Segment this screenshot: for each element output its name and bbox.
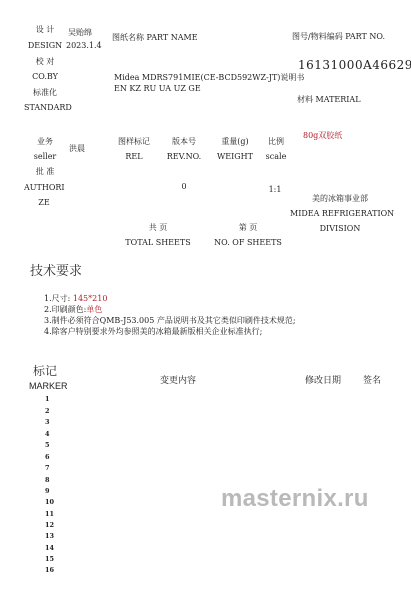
requirement-1-prefix: 1.尺寸: bbox=[44, 294, 73, 303]
sheet-no-en: NO. OF SHEETS bbox=[212, 238, 284, 248]
division-en-2: DIVISION bbox=[290, 224, 390, 234]
design-label-en: DESIGN bbox=[26, 41, 64, 51]
sheet-no-cn: 第 页 bbox=[218, 223, 278, 233]
check-label-cn: 校 对 bbox=[30, 57, 60, 67]
requirement-4: 4.除客户特别要求外均参照美的冰箱最新版相关企业标准执行; bbox=[44, 327, 262, 337]
material-label: 材料 MATERIAL bbox=[297, 95, 361, 105]
design-label-cn: 设 计 bbox=[30, 25, 60, 35]
marker-row-3: 3 bbox=[45, 418, 50, 426]
division-en-1: MIDEA REFRIGERATION bbox=[290, 209, 390, 219]
marker-row-10: 10 bbox=[45, 498, 54, 506]
marker-row-9: 9 bbox=[45, 487, 50, 495]
design-date: 2023.1.4 bbox=[66, 41, 102, 51]
seller-name: 洪晨 bbox=[69, 144, 85, 154]
requirement-3: 3.制件必须符合QMB-J53.005 产品说明书及其它类似印刷件技术规范; bbox=[44, 316, 296, 326]
marker-row-6: 6 bbox=[45, 453, 50, 461]
marker-row-7: 7 bbox=[45, 464, 50, 472]
division-cn: 美的冰箱事业部 bbox=[290, 194, 390, 204]
part-name-label: 图纸名称 PART NAME bbox=[112, 33, 198, 43]
requirement-2: 2.印刷颜色:单色 bbox=[44, 305, 102, 315]
part-no-label: 图号/物料编码 PART NO. bbox=[292, 32, 385, 42]
marker-row-4: 4 bbox=[45, 430, 50, 438]
marker-row-15: 15 bbox=[45, 555, 54, 563]
scale-label-en: scale bbox=[261, 152, 291, 162]
scale-value: 1:1 bbox=[263, 185, 287, 195]
change-content-header: 变更内容 bbox=[160, 376, 196, 386]
material-value: 80g双胶纸 bbox=[303, 131, 342, 141]
requirement-2-value: 单色 bbox=[86, 305, 102, 314]
standard-label-cn: 标准化 bbox=[26, 88, 64, 98]
authorize-label-cn: 批 准 bbox=[30, 167, 60, 177]
signature-header: 签名 bbox=[363, 376, 381, 386]
marker-row-12: 12 bbox=[45, 521, 54, 529]
marker-row-2: 2 bbox=[45, 407, 50, 415]
marker-header-cn: 标记 bbox=[30, 363, 60, 379]
change-date-header: 修改日期 bbox=[305, 376, 341, 386]
weight-label-en: WEIGHT bbox=[212, 152, 258, 162]
marker-row-13: 13 bbox=[45, 532, 54, 540]
part-no-value: 16131000A46629 bbox=[298, 60, 411, 70]
seller-label-cn: 业务 bbox=[30, 137, 60, 147]
part-name-line-2: EN KZ RU UA UZ GE bbox=[114, 84, 201, 94]
marker-row-1: 1 bbox=[45, 395, 50, 403]
requirements-heading: 技术要求 bbox=[30, 264, 82, 280]
seller-label-en: seller bbox=[26, 152, 64, 162]
marker-row-11: 11 bbox=[45, 510, 54, 518]
rel-label-en: REL bbox=[110, 152, 158, 162]
marker-row-8: 8 bbox=[45, 476, 50, 484]
requirement-1: 1.尺寸: 145*210 bbox=[44, 294, 107, 304]
scale-label-cn: 比例 bbox=[261, 137, 291, 147]
designer-name: 吴贻绵 bbox=[68, 28, 92, 38]
total-sheets-en: TOTAL SHEETS bbox=[122, 238, 194, 248]
rev-label-cn: 版本号 bbox=[162, 137, 206, 147]
rev-value: 0 bbox=[172, 182, 196, 192]
rel-label-cn: 图样标记 bbox=[110, 137, 158, 147]
standard-label-en: STANDARD bbox=[24, 103, 66, 113]
marker-row-14: 14 bbox=[45, 544, 54, 552]
requirement-1-value: 145*210 bbox=[73, 294, 108, 303]
check-label-en: CO.BY bbox=[28, 72, 62, 82]
requirement-2-prefix: 2.印刷颜色: bbox=[44, 305, 86, 314]
part-name-line-1: Midea MDRS791MIE(CE-BCD592WZ-JT)说明书 bbox=[114, 73, 304, 83]
marker-header-en: MARKER bbox=[29, 381, 68, 391]
marker-row-16: 16 bbox=[45, 566, 54, 574]
authorize-label-en-1: AUTHORI bbox=[24, 183, 64, 193]
marker-row-5: 5 bbox=[45, 441, 50, 449]
total-sheets-cn: 共 页 bbox=[128, 223, 188, 233]
rev-label-en: REV.NO. bbox=[162, 152, 206, 162]
watermark: masternix.ru bbox=[221, 485, 369, 513]
authorize-label-en-2: ZE bbox=[24, 198, 64, 208]
weight-label-cn: 重量(g) bbox=[212, 137, 258, 147]
